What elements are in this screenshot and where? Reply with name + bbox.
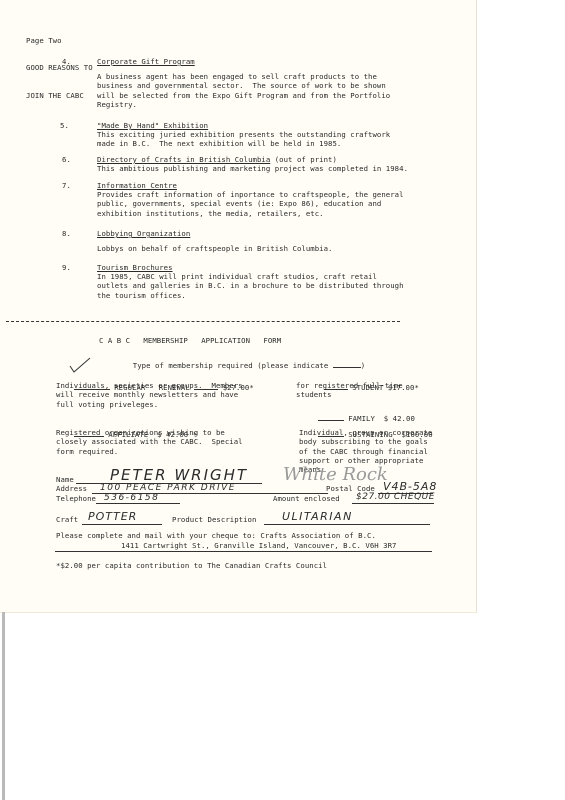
- description-line: closely associated with the CABC. Specia…: [56, 437, 243, 446]
- scanner-edge: [2, 612, 5, 800]
- reason-number: 5.: [60, 121, 69, 130]
- reason-title: "Made By Hand" Exhibition: [97, 121, 208, 130]
- description-line: form required.: [56, 447, 243, 456]
- reason-number: 9.: [62, 263, 71, 272]
- reason-title: Lobbying Organization: [97, 229, 190, 238]
- name-label: Name: [56, 475, 74, 484]
- amount-enclosed-label: Amount enclosed: [273, 494, 340, 503]
- reason-body-line: made in B.C. The next exhibition will be…: [97, 139, 341, 148]
- reason-number: 7.: [62, 181, 71, 190]
- checkmark-icon: [69, 357, 91, 373]
- description-line: body subscribing to the goals: [299, 437, 432, 446]
- cut-line-divider: [6, 321, 400, 322]
- reason-title: Directory of Crafts in British Columbia …: [97, 155, 337, 164]
- product-field-value[interactable]: ULITARIAN: [282, 510, 353, 523]
- affiliate-description: Registered organizations wishing to becl…: [56, 428, 243, 456]
- reason-title-text: Corporate Gift Program: [97, 57, 195, 66]
- reason-body-line: Provides craft information of inportance…: [97, 190, 404, 199]
- heading-line: JOIN THE CABC: [26, 91, 93, 100]
- description-line: Registered organizations wishing to be: [56, 428, 243, 437]
- instruction-close: ): [361, 361, 365, 370]
- reason-title-text: Information Centre: [97, 181, 177, 190]
- student-description: for registered full-timestudents: [296, 381, 403, 400]
- reason-body-line: the tourism offices.: [97, 291, 186, 300]
- telephone-field-value[interactable]: 536-6158: [104, 493, 159, 503]
- reason-body-line: Lobbys on behalf of craftspeople in Brit…: [97, 244, 332, 253]
- reason-body-line: exhibition institutions, the media, reta…: [97, 209, 324, 218]
- instruction-blank: [333, 359, 361, 368]
- mail-address: 1411 Cartwright St., Granville Island, V…: [121, 541, 396, 550]
- reason-title: Tourism Brochures: [97, 263, 173, 272]
- telephone-label: Telephone: [56, 494, 96, 503]
- reason-body-line: outlets and galleries in B.C. in a broch…: [97, 281, 404, 290]
- reason-body-line: Registry.: [97, 100, 137, 109]
- craft-field-value[interactable]: POTTER: [88, 510, 137, 523]
- amount-field-line[interactable]: [352, 503, 434, 504]
- reason-body-line: This exciting juried exhibition presents…: [97, 130, 390, 139]
- reason-body-line: In 1985, CABC will print individual craf…: [97, 272, 377, 281]
- mail-instructions: Please complete and mail with your chequ…: [56, 531, 376, 540]
- description-line: full voting priveleges.: [56, 400, 243, 409]
- name-field-value[interactable]: PETER WRIGHT: [110, 466, 248, 484]
- telephone-field-line[interactable]: [96, 503, 180, 504]
- description-line: for registered full-time: [296, 381, 403, 390]
- page-number: Page Two: [26, 36, 93, 45]
- description-line: will receive monthly newsletters and hav…: [56, 390, 243, 399]
- reason-number: 6.: [62, 155, 71, 164]
- instruction-text: Type of membership required (please indi…: [133, 361, 329, 370]
- reason-number: 4.: [62, 57, 71, 66]
- form-title: C A B C MEMBERSHIP APPLICATION FORM: [99, 336, 281, 345]
- reason-body-line: A business agent has been engaged to sel…: [97, 72, 377, 81]
- amount-field-value[interactable]: $27.00 CHEQUE: [356, 492, 435, 502]
- address-field-value[interactable]: 100 PEACE PARK DRIVE: [100, 483, 236, 493]
- regular-description: Individuals, societies or groups. Member…: [56, 381, 243, 409]
- reason-body-line: public, governments, special events (ie:…: [97, 199, 381, 208]
- product-description-label: Product Description: [172, 515, 256, 524]
- reason-number: 8.: [62, 229, 71, 238]
- reason-body-line: This ambitious publishing and marketing …: [97, 164, 408, 173]
- reason-body-line: business and governmental sector. The so…: [97, 81, 386, 90]
- product-field-line[interactable]: [264, 524, 430, 525]
- document-page: Page Two GOOD REASONS TO JOIN THE CABC 4…: [0, 0, 477, 613]
- reason-title-text: "Made By Hand" Exhibition: [97, 121, 208, 130]
- address-label: Address: [56, 484, 87, 493]
- address-underline: [55, 551, 432, 552]
- description-line: Individuals, societies or groups. Member…: [56, 381, 243, 390]
- description-line: of the CABC through financial: [299, 447, 432, 456]
- footnote: *$2.00 per capita contribution to The Ca…: [56, 561, 327, 570]
- reason-title-text: Tourism Brochures: [97, 263, 173, 272]
- reason-body-line: will be selected from the Expo Gift Prog…: [97, 91, 390, 100]
- description-line: Individual, group or corporate: [299, 428, 432, 437]
- description-line: students: [296, 390, 403, 399]
- heading-line: GOOD REASONS TO: [26, 63, 93, 72]
- reason-title: Information Centre: [97, 181, 177, 190]
- reason-title: Corporate Gift Program: [97, 57, 195, 66]
- page-heading: Page Two GOOD REASONS TO JOIN THE CABC: [26, 17, 93, 119]
- craft-field-line[interactable]: [82, 524, 162, 525]
- craft-label: Craft: [56, 515, 78, 524]
- reason-title-text: Lobbying Organization: [97, 229, 190, 238]
- reason-title-text: Directory of Crafts in British Columbia: [97, 155, 270, 164]
- city-handwritten[interactable]: White Rock: [283, 464, 388, 485]
- reason-title-suffix: (out of print): [270, 155, 337, 164]
